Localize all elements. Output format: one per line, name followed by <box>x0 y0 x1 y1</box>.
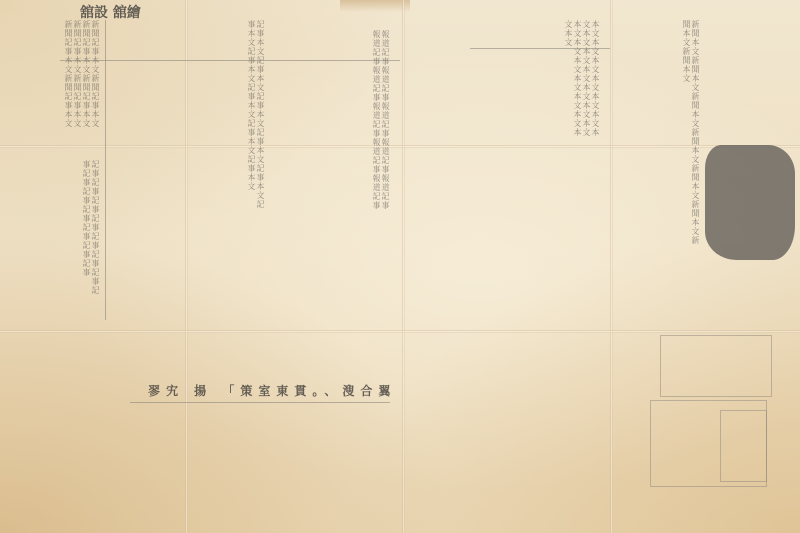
ink-stain <box>705 145 795 260</box>
article-column: 新聞本文新聞本文新聞本文新聞本文新聞本文新聞本文新聞本文新聞本文 <box>620 20 700 250</box>
headline-top-left: 舘設 舘繪 <box>80 2 141 22</box>
headline-banner: 翏宄 揚 「策室東貫。、溲合翼 <box>148 382 396 399</box>
article-column: 記事記事記事記事記事記事記事記事記事記事記事記事記事記事 <box>20 160 100 300</box>
article-column: 新聞記事本文新聞記事本文新聞記事本文新聞記事本文新聞記事本文新聞記事本文新聞記事… <box>10 20 100 130</box>
table-grid <box>660 335 772 397</box>
article-column: 記事本文記事本文記事本文記事本文記事本文記事本文記事本文記事本文記事本文記事本文 <box>195 20 265 210</box>
article-column: 本文本文本文本文本文本文本文本文本文本文本文本文本文本文本文本文本文本文本文本文… <box>420 20 600 140</box>
table-grid <box>720 410 767 482</box>
torn-edge <box>340 0 410 12</box>
article-column: 報道記事報道記事報道記事報道記事報道記事報道記事報道記事報道記事報道記事報道記事 <box>280 30 390 210</box>
column-rule <box>130 402 390 403</box>
column-rule <box>105 20 106 320</box>
